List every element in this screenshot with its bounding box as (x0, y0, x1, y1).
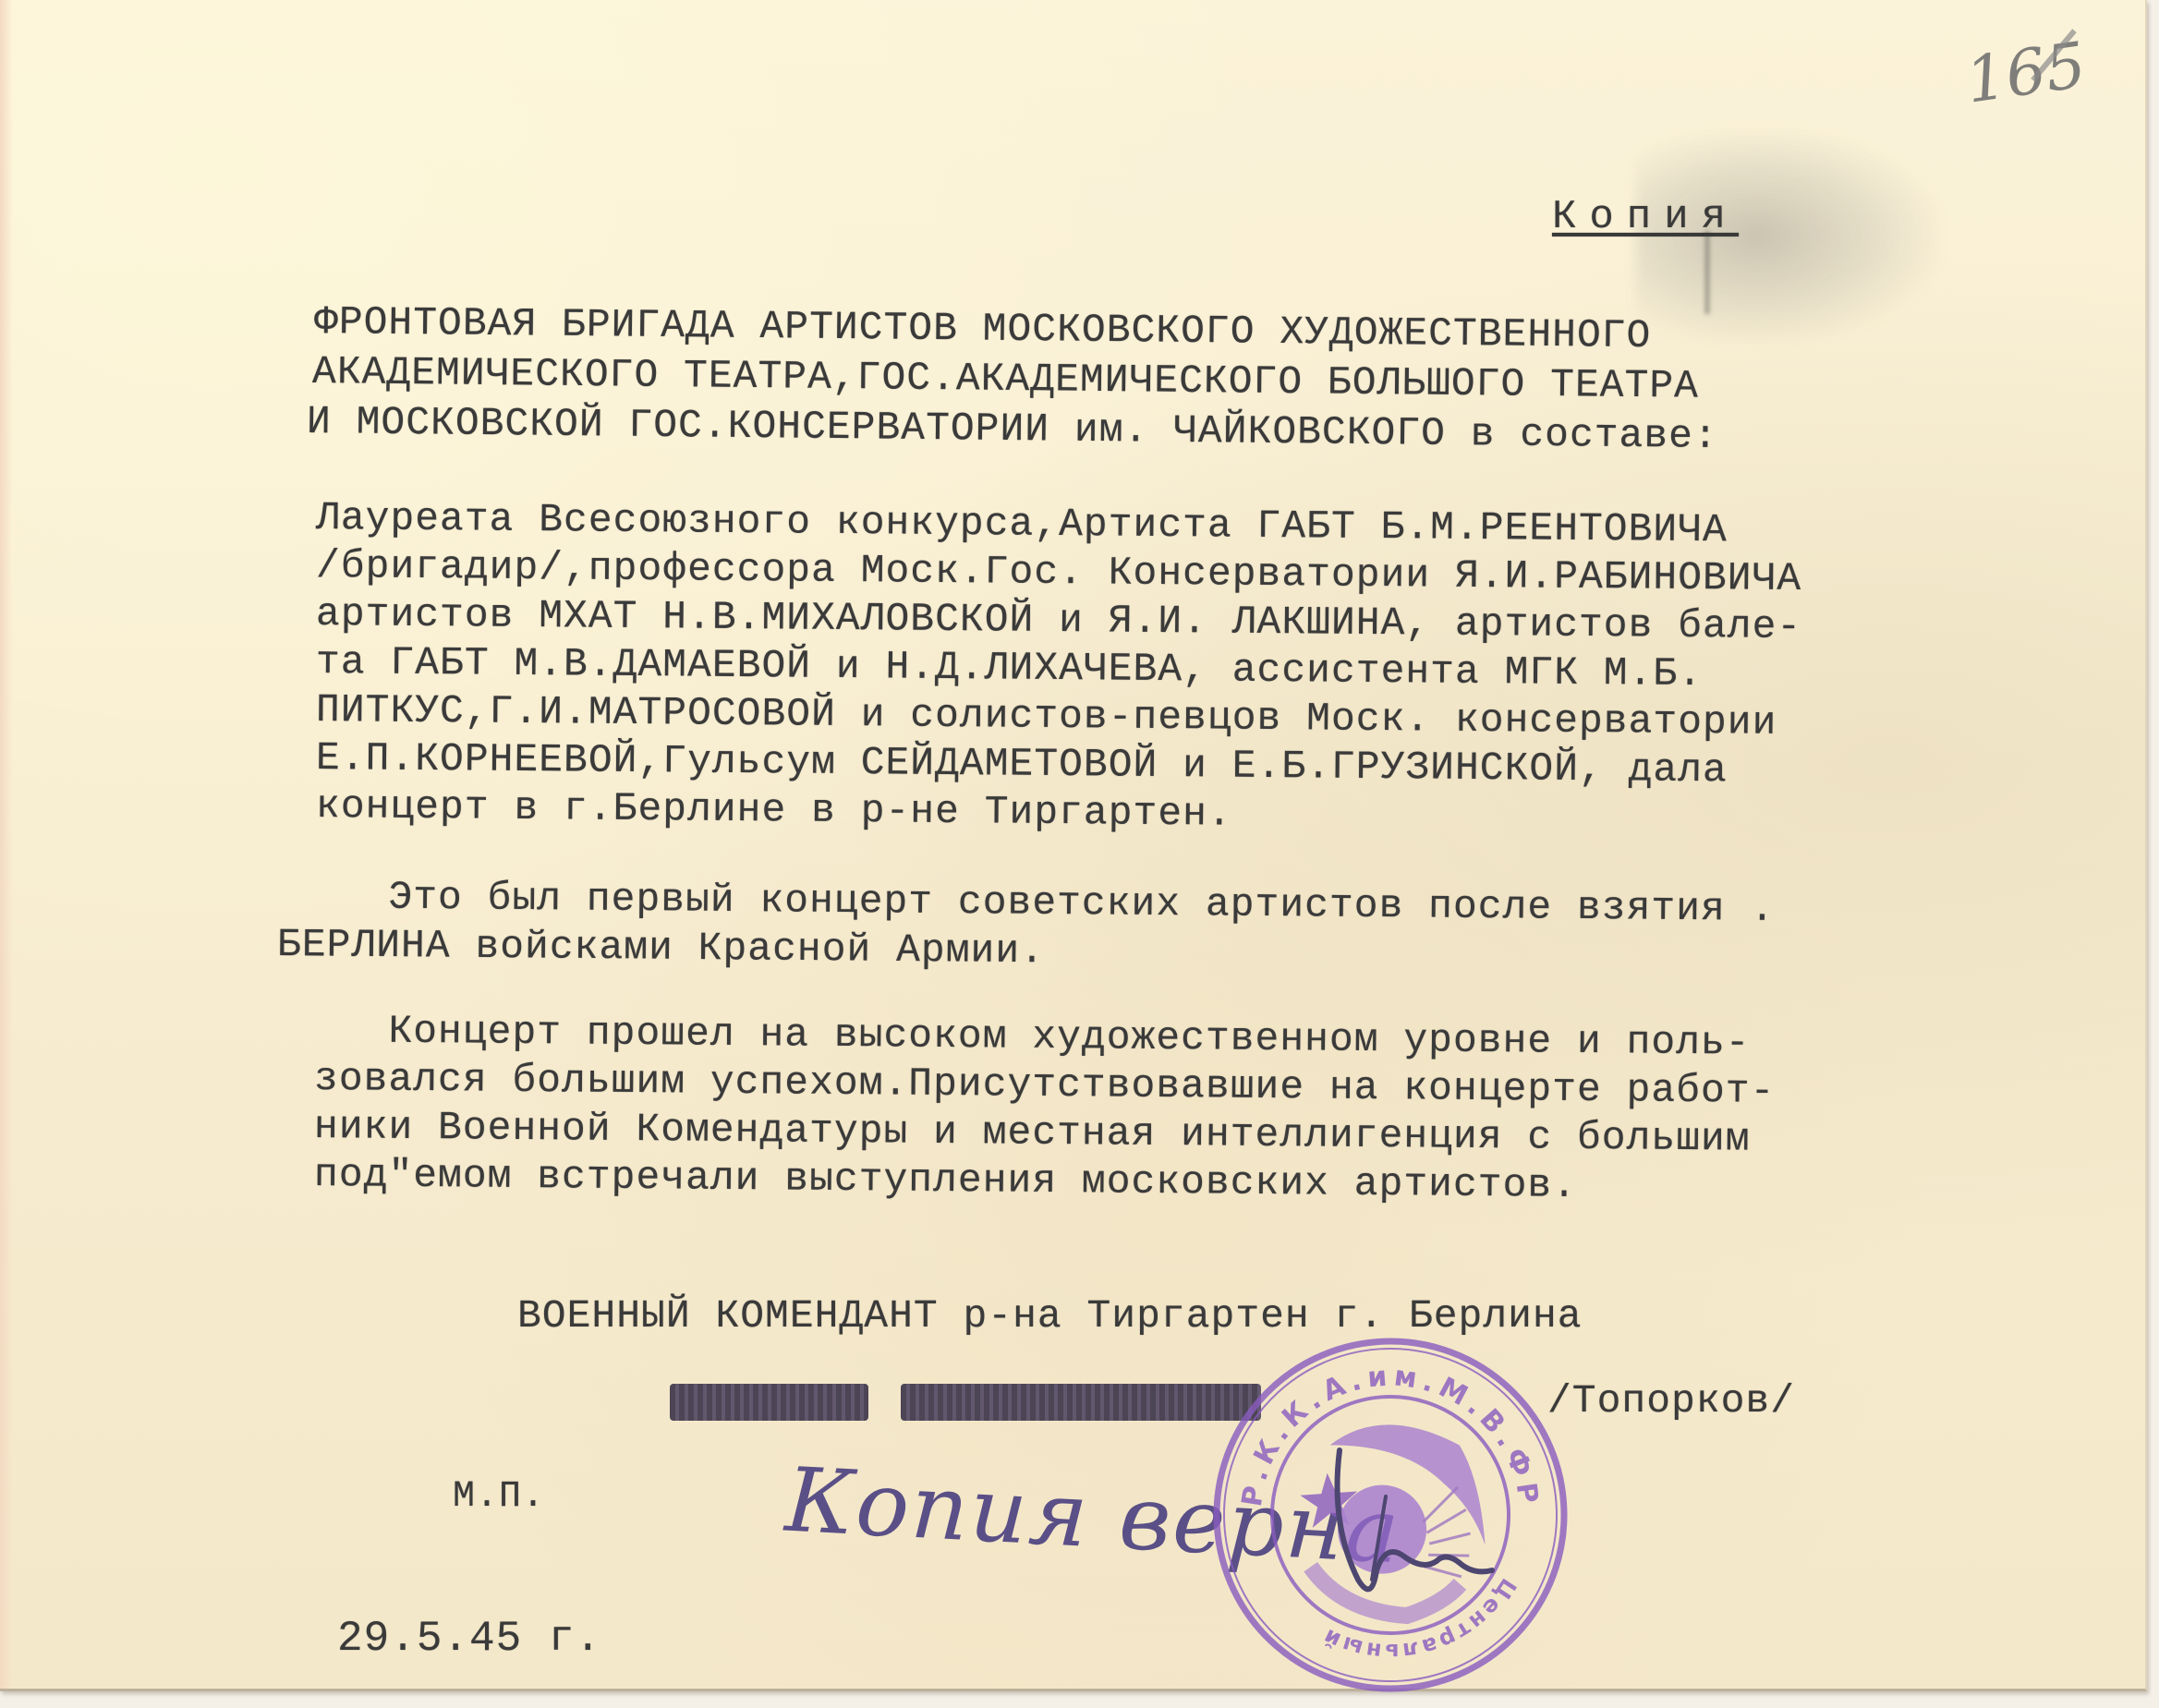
paragraph-brigade-members: Лауреата Всесоюзного конкурса,Артиста ГА… (316, 494, 1801, 830)
paragraph-first-concert: Это был первый концерт советских артисто… (277, 873, 1738, 969)
document-page: 165 Копия ФРОНТОВАЯ БРИГАДА АРТИСТОВ МОС… (0, 0, 2147, 1691)
struck-out-text (670, 1375, 1270, 1432)
paper-edge-stain (0, 0, 13, 1689)
signatory-name: /Топорков/ (1547, 1378, 1795, 1423)
handwritten-signature-icon (1321, 1441, 1506, 1617)
folio-number: 165 (1961, 29, 2091, 117)
document-heading: ФРОНТОВАЯ БРИГАДА АРТИСТОВ МОСКОВСКОГО Х… (314, 297, 1726, 447)
copy-label: Копия (1552, 194, 1739, 240)
document-date: 29.5.45 г. (337, 1615, 601, 1663)
paragraph-concert-success: Концерт прошел на высоком художественном… (314, 1007, 1775, 1199)
seal-place-mark: М.П. (453, 1476, 545, 1518)
strikeout-scribble (670, 1384, 868, 1421)
